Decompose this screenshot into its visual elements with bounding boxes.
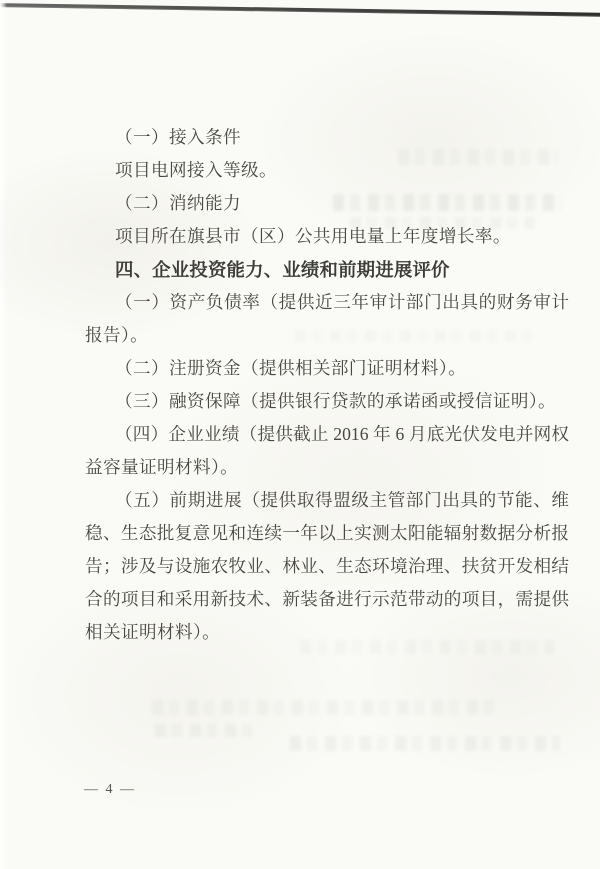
doc-line-early-progress-2: 稳、生态批复意见和连续一年以上实测太阳能辐射数据分析报 — [85, 517, 569, 550]
doc-line-grid-access-level: 项目电网接入等级。 — [85, 154, 569, 187]
doc-line-asset-liability-ratio-2: 报告）。 — [85, 319, 569, 352]
doc-line-electricity-growth-rate: 项目所在旗县市（区）公共用电量上年度增长率。 — [85, 220, 569, 253]
doc-line-early-progress-3: 告；涉及与设施农牧业、林业、生态环境治理、扶贫开发相结 — [85, 550, 569, 583]
doc-line-item-1-access-conditions: （一）接入条件 — [85, 121, 569, 154]
doc-line-enterprise-performance-2: 益容量证明材料）。 — [85, 451, 569, 484]
doc-line-early-progress-4: 合的项目和采用新技术、新装备进行示范带动的项目，需提供 — [85, 583, 569, 616]
scanned-document-page: （一）接入条件 项目电网接入等级。 （二）消纳能力 项目所在旗县市（区）公共用电… — [0, 0, 600, 869]
doc-line-enterprise-performance-1: （四）企业业绩（提供截止 2016 年 6 月底光伏发电并网权 — [85, 418, 569, 451]
section-heading-4: 四、企业投资能力、业绩和前期进展评价 — [85, 253, 569, 286]
page-number: — 4 — — [84, 782, 136, 798]
doc-line-asset-liability-ratio-1: （一）资产负债率（提供近三年审计部门出具的财务审计 — [85, 286, 569, 319]
doc-line-financing-guarantee: （三）融资保障（提供银行贷款的承诺函或授信证明）。 — [85, 385, 569, 418]
bleedthrough-artifact — [290, 736, 560, 751]
page-left-scan-edge — [0, 0, 7, 869]
doc-line-early-progress-1: （五）前期进展（提供取得盟级主管部门出具的节能、维 — [85, 484, 569, 517]
bleedthrough-artifact — [155, 724, 260, 737]
doc-line-registered-capital: （二）注册资金（提供相关部门证明材料）。 — [85, 352, 569, 385]
bleedthrough-artifact — [152, 700, 502, 715]
doc-line-early-progress-5: 相关证明材料）。 — [85, 616, 569, 649]
document-body: （一）接入条件 项目电网接入等级。 （二）消纳能力 项目所在旗县市（区）公共用电… — [85, 121, 569, 649]
doc-line-item-2-absorption-capacity: （二）消纳能力 — [85, 187, 569, 220]
